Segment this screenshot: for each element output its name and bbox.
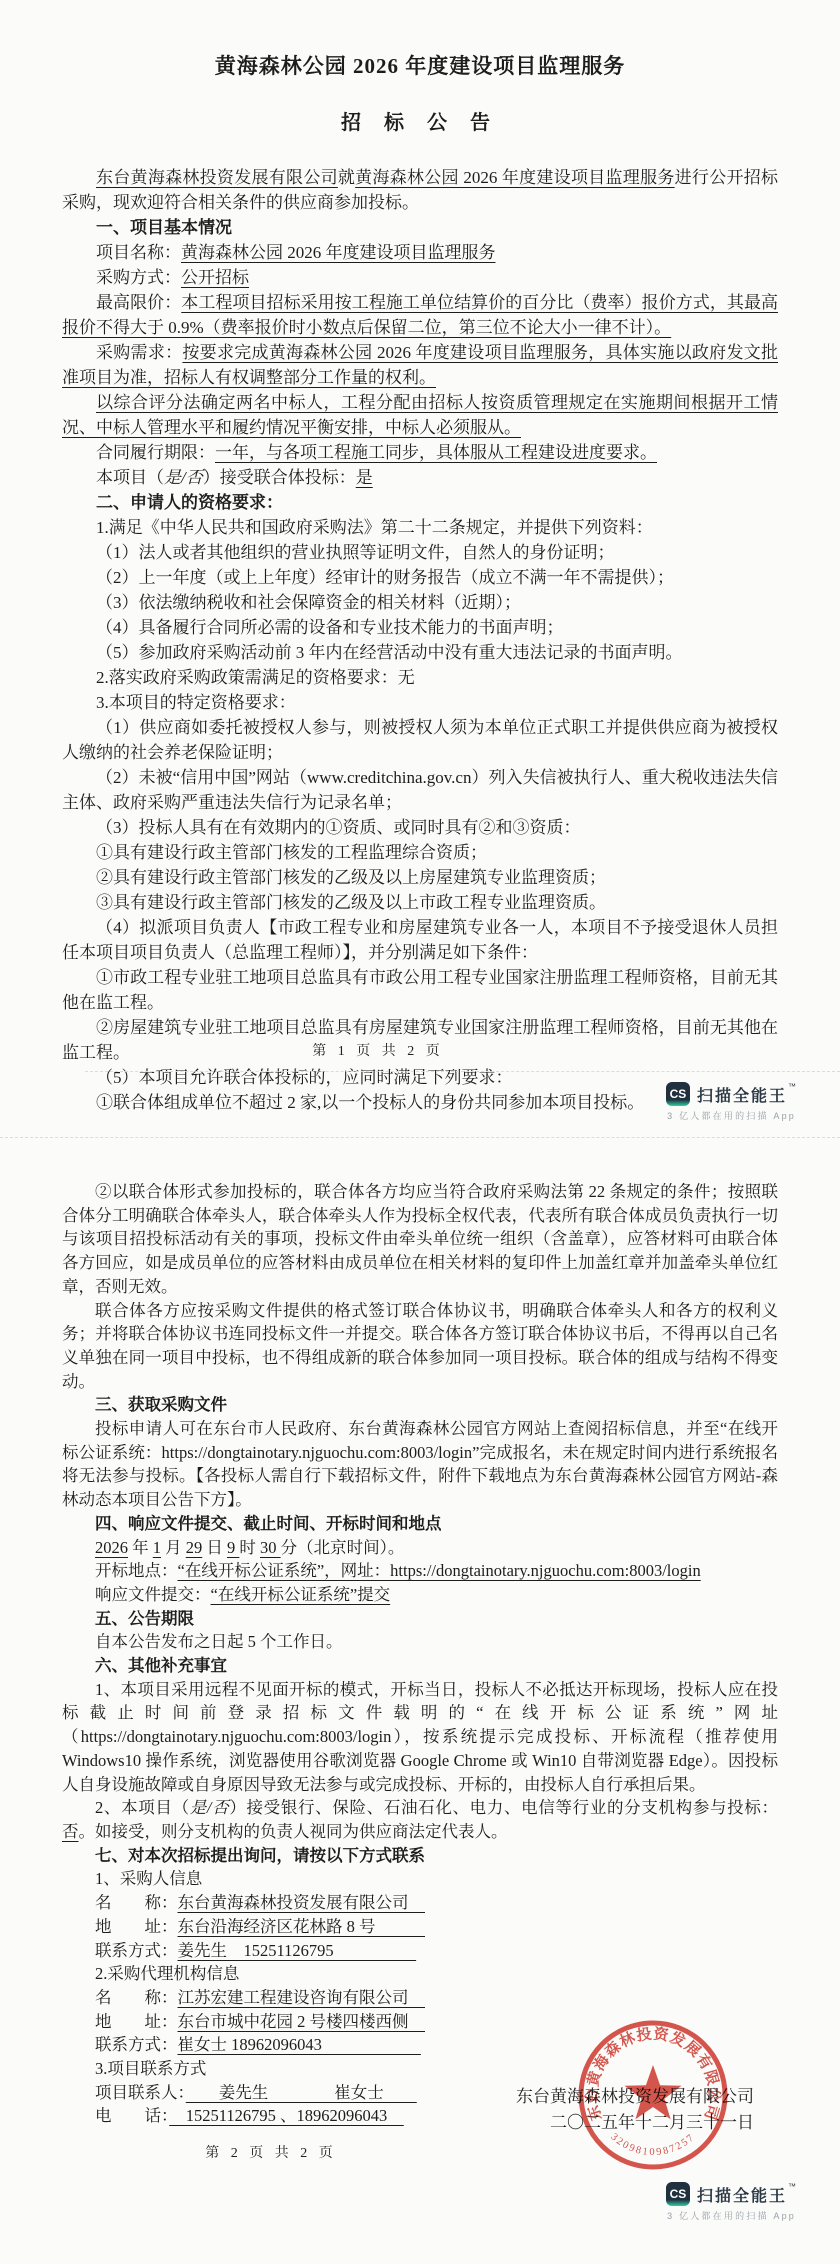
paragraph: （1）供应商如委托被授权人参与，则被授权人须为本单位正式职工并提供供应商为被授权… — [62, 715, 778, 765]
paragraph: 1.满足《中华人民共和国政府采购法》第二十二条规定，并提供下列资料： — [62, 515, 778, 540]
section-heading: 六、其他补充事宜 — [62, 1654, 778, 1678]
paragraph: 联合体各方应按采购文件提供的格式签订联合体协议书，明确联合体牵头人和各方的权利义… — [62, 1299, 778, 1394]
paragraph: 以综合评分法确定两名中标人，工程分配由招标人按资质管理规定在实施期间根据开工情况… — [62, 390, 778, 440]
svg-text:3209810987257: 3209810987257 — [608, 2132, 697, 2159]
paragraph: （1）法人或者其他组织的营业执照等证明文件，自然人的身份证明； — [62, 540, 778, 565]
paragraph: 东台黄海森林投资发展有限公司就黄海森林公园 2026 年度建设项目监理服务进行公… — [62, 165, 778, 215]
paragraph: 地 址：东台沿海经济区花林路 8 号 — [62, 1915, 778, 1939]
paragraph: 合同履行期限：一年，与各项工程施工同步，具体服从工程建设进度要求。 — [62, 440, 778, 465]
page1-body: 东台黄海森林投资发展有限公司就黄海森林公园 2026 年度建设项目监理服务进行公… — [62, 165, 778, 1115]
paragraph: 2026 年 1 月 29 日 9 时 30 分（北京时间）。 — [62, 1536, 778, 1560]
paragraph: （4）具备履行合同所必需的设备和专业技术能力的书面声明； — [62, 615, 778, 640]
signature-company: 东台黄海森林投资发展有限公司 — [516, 2084, 754, 2110]
trademark-symbol: ™ — [788, 1082, 796, 1091]
paragraph: 名 称：东台黄海森林投资发展有限公司 — [62, 1891, 778, 1915]
trademark-symbol: ™ — [788, 2182, 796, 2191]
page-divider — [0, 1137, 840, 1138]
camscanner-watermark: CS 扫描全能王 ™ 3 亿人都在用的扫描 App — [666, 2182, 796, 2222]
paragraph: 名 称：江苏宏建工程建设咨询有限公司 — [62, 1986, 778, 2010]
camscanner-name: 扫描全能王 — [697, 1083, 787, 1106]
paragraph: 本项目（是/否）接受联合体投标：是 — [62, 465, 778, 490]
paragraph: 开标地点：“在线开标公证系统”，网址：https://dongtainotary… — [62, 1559, 778, 1583]
camscanner-watermark: CS 扫描全能王 ™ 3 亿人都在用的扫描 App — [666, 1082, 796, 1122]
paragraph: 投标申请人可在东台市人民政府、东台黄海森林公园官方网站上查阅招标信息，并至“在线… — [62, 1417, 778, 1512]
paragraph: （5）参加政府采购活动前 3 年内在经营活动中没有重大违法记录的书面声明。 — [62, 640, 778, 665]
paragraph: （2）未被“信用中国”网站（www.creditchina.gov.cn）列入失… — [62, 765, 778, 815]
paragraph: 最高限价：本工程项目招标采用按工程施工单位结算价的百分比（费率）报价方式，其最高… — [62, 290, 778, 340]
paragraph: 2、本项目（是/否）接受银行、保险、石油石化、电力、电信等行业的分支机构参与投标… — [62, 1796, 778, 1843]
paragraph: 自本公告发布之日起 5 个工作日。 — [62, 1630, 778, 1654]
paragraph: 1、本项目采用远程不见面开标的模式，开标当日，投标人不必抵达开标现场，投标人应在… — [62, 1678, 778, 1797]
page2-body: ②以联合体形式参加投标的，联合体各方均应当符合政府采购法第 22 条规定的条件；… — [62, 1180, 778, 2128]
paragraph: 1、采购人信息 — [62, 1867, 778, 1891]
paragraph: 3.本项目的特定资格要求： — [62, 690, 778, 715]
camscanner-name: 扫描全能王 — [697, 2183, 787, 2206]
section-heading: 七、对本次招标提出询问，请按以下方式联系 — [62, 1844, 778, 1868]
document-title: 黄海森林公园 2026 年度建设项目监理服务 — [62, 50, 778, 80]
paragraph: 项目名称：黄海森林公园 2026 年度建设项目监理服务 — [62, 240, 778, 265]
paragraph: （4）拟派项目负责人【市政工程专业和房屋建筑专业各一人，本项目不予接受退休人员担… — [62, 915, 778, 965]
document-subtitle: 招 标 公 告 — [62, 106, 778, 135]
section-heading: 四、响应文件提交、截止时间、开标时间和地点 — [62, 1512, 778, 1536]
paragraph: ③具有建设行政主管部门核发的乙级及以上市政工程专业监理资质。 — [62, 890, 778, 915]
paragraph: 2.采购代理机构信息 — [62, 1962, 778, 1986]
paragraph: （3）投标人具有在有效期内的①资质、或同时具有②和③资质： — [62, 815, 778, 840]
page1: 黄海森林公园 2026 年度建设项目监理服务 招 标 公 告 东台黄海森林投资发… — [62, 50, 778, 1115]
paragraph: 采购需求：按要求完成黄海森林公园 2026 年度建设项目监理服务，具体实施以政府… — [62, 340, 778, 390]
paragraph: （2）上一年度（或上上年度）经审计的财务报告（成立不满一年不需提供）； — [62, 565, 778, 590]
section-heading: 五、公告期限 — [62, 1607, 778, 1631]
seal-number-text: 3209810987257 — [608, 2132, 697, 2159]
page2: ②以联合体形式参加投标的，联合体各方均应当符合政府采购法第 22 条规定的条件；… — [62, 1180, 778, 2128]
paragraph: 采购方式：公开招标 — [62, 265, 778, 290]
paragraph: ②以联合体形式参加投标的，联合体各方均应当符合政府采购法第 22 条规定的条件；… — [62, 1180, 778, 1299]
paragraph: 3.项目联系方式 — [62, 2057, 778, 2081]
page2-footer: 第 2 页 共 2 页 — [0, 2142, 542, 2162]
page1-footer: 第 1 页 共 2 页 — [0, 1040, 756, 1060]
paragraph: 2.落实政府采购政策需满足的资格要求：无 — [62, 665, 778, 690]
paragraph: 地 址：东台市城中花园 2 号楼四楼西侧 — [62, 2010, 778, 2034]
document-scan: 黄海森林公园 2026 年度建设项目监理服务 招 标 公 告 东台黄海森林投资发… — [0, 0, 840, 2264]
section-heading: 二、申请人的资格要求： — [62, 490, 778, 515]
camscanner-logo-icon: CS — [666, 2182, 690, 2206]
camscanner-tagline: 3 亿人都在用的扫描 App — [666, 1109, 796, 1122]
paragraph: ②具有建设行政主管部门核发的乙级及以上房屋建筑专业监理资质； — [62, 865, 778, 890]
section-heading: 一、项目基本情况 — [62, 215, 778, 240]
signature-date: 二〇二五年十二月三十一日 — [516, 2110, 754, 2136]
paragraph: 响应文件提交：“在线开标公证系统”提交 — [62, 1583, 778, 1607]
signature-block: 东台黄海森林投资发展有限公司 二〇二五年十二月三十一日 — [516, 2084, 754, 2135]
paragraph: 联系方式：崔女士 18962096043 — [62, 2033, 778, 2057]
section-heading: 三、获取采购文件 — [62, 1393, 778, 1417]
paragraph: ①市政工程专业驻工地项目总监具有市政公用工程专业国家注册监理工程师资格，目前无其… — [62, 965, 778, 1015]
paragraph: （3）依法缴纳税收和社会保障资金的相关材料（近期）； — [62, 590, 778, 615]
paragraph: 联系方式：姜先生 15251126795 — [62, 1939, 778, 1963]
camscanner-logo-icon: CS — [666, 1082, 690, 1106]
page-divider — [85, 1071, 840, 1072]
camscanner-tagline: 3 亿人都在用的扫描 App — [666, 2209, 796, 2222]
paragraph: ①具有建设行政主管部门核发的工程监理综合资质； — [62, 840, 778, 865]
